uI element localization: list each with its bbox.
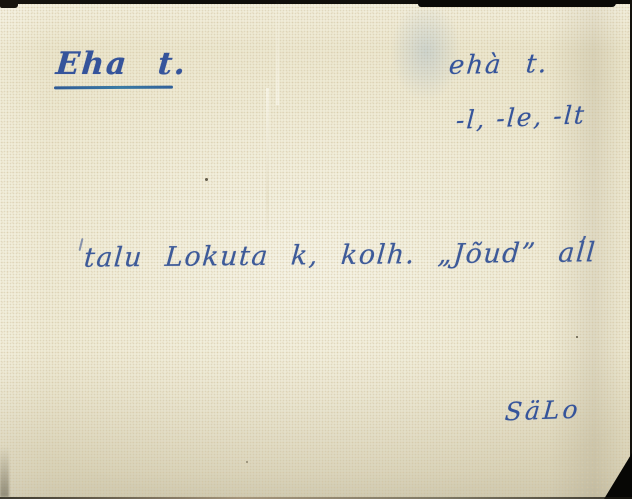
stress-mark: ʼ — [579, 232, 587, 260]
bottom-left-smudge — [0, 447, 9, 497]
scan-border-top-thick — [418, 0, 616, 7]
card-crease — [266, 88, 269, 243]
phonetic-case-endings: -l, -le, -lt — [455, 100, 587, 135]
card-crease — [276, 0, 279, 105]
phonetic-form: ehà t. — [448, 49, 550, 81]
collector-signature: SäLo — [504, 395, 582, 427]
stray-pen-mark — [78, 238, 83, 251]
scan-corner-bottom-right — [604, 453, 632, 499]
card-heading: Eha t. — [54, 46, 188, 82]
index-card: Eha t. ehà t. -l, -le, -lt talu Lokuta k… — [0, 0, 632, 499]
dust-speck — [576, 336, 578, 338]
dust-speck — [205, 178, 208, 181]
heading-underline — [54, 86, 173, 90]
dust-speck — [246, 461, 248, 463]
body-note: talu Lokuta k, kolh. „Jõud” all — [83, 237, 598, 273]
scan-border-top-left — [0, 0, 18, 8]
